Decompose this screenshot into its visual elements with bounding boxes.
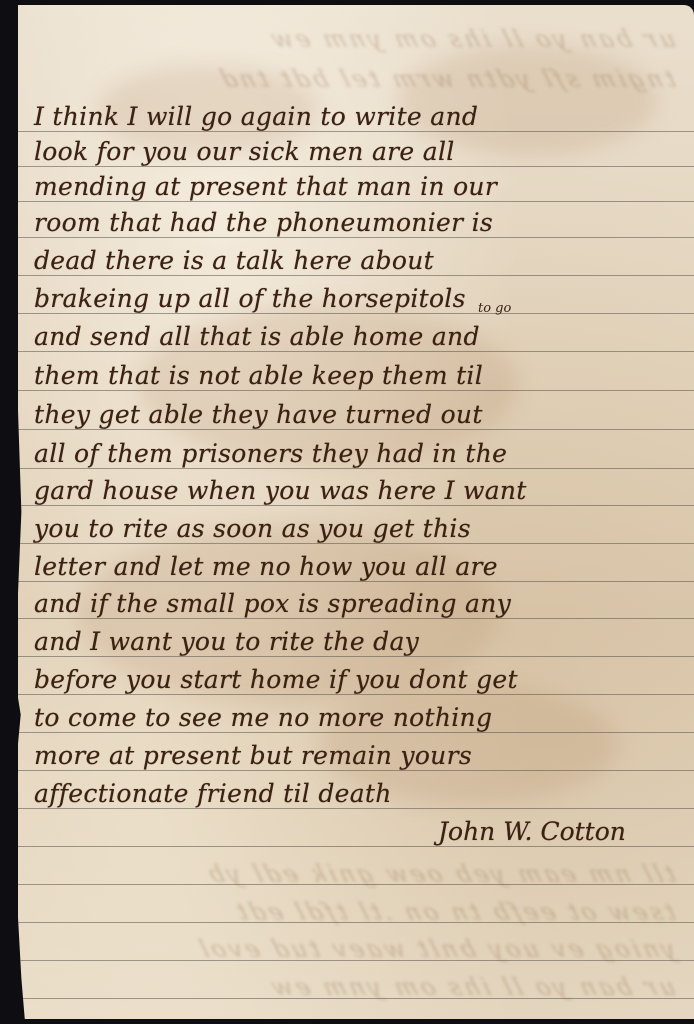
letter-line: brakeing up all of the horsepitols <box>34 284 466 313</box>
letter-line: gard house when you was here I want <box>34 476 527 505</box>
letter-line: affectionate friend til death <box>34 779 392 808</box>
ruled-line <box>18 429 694 430</box>
letter-line: mending at present that man in our <box>34 172 497 201</box>
ruled-line <box>18 131 694 132</box>
bleed-line: ur ban yo ll ihs om ynm ew <box>54 25 677 47</box>
ruled-line <box>18 998 694 999</box>
bleed-line: tsew ot eefb tn on .tl tfdl edt <box>54 898 677 920</box>
ruled-line <box>18 922 694 923</box>
letter-line: room that had the phoneumonier is <box>34 208 493 237</box>
ruled-line <box>18 618 694 619</box>
ruled-line <box>18 201 694 202</box>
letter-line: and I want you to rite the day <box>34 627 419 656</box>
ruled-line <box>18 468 694 469</box>
ruled-line <box>18 166 694 167</box>
ruled-line <box>18 960 694 961</box>
ruled-line <box>18 884 694 885</box>
letter-line: before you start home if you dont get <box>34 665 518 694</box>
ruled-line <box>18 581 694 582</box>
ruled-line <box>18 275 694 276</box>
letter-line: and if the small pox is spreading any <box>34 589 511 618</box>
letter-line: to come to see me no more nothing <box>34 703 492 732</box>
bleed-line: yniog ev uoy bnlt waev tud evol <box>54 935 677 957</box>
interlinear-insert: to go <box>478 301 511 316</box>
ruled-line <box>18 351 694 352</box>
ruled-line <box>18 505 694 506</box>
ruled-line <box>18 732 694 733</box>
ruled-line <box>18 846 694 847</box>
bleed-line: tll nm eam yeb oew gnik edl yb <box>54 860 677 882</box>
ruled-line <box>18 237 694 238</box>
letter-line: them that is not able keep them til <box>34 361 483 390</box>
letter-line: I think I will go again to write and <box>34 102 478 131</box>
ruled-line <box>18 808 694 809</box>
letter-line: look for you our sick men are all <box>34 137 455 166</box>
ruled-line <box>18 390 694 391</box>
bleed-line: ur ban yo ll ihs om ynm ew <box>54 973 677 995</box>
letter-line: all of them prisoners they had in the <box>34 439 507 468</box>
ruled-line <box>18 656 694 657</box>
ruled-line <box>18 543 694 544</box>
document-viewer: ur ban yo ll ihs om ynm ew tngim sfl ydt… <box>0 0 694 1024</box>
letter-page: ur ban yo ll ihs om ynm ew tngim sfl ydt… <box>18 5 694 1019</box>
letter-line: letter and let me no how you all are <box>34 552 498 581</box>
ruled-line <box>18 313 694 314</box>
signature: John W. Cotton <box>438 817 626 846</box>
letter-line: you to rite as soon as you get this <box>34 514 471 543</box>
letter-line: dead there is a talk here about <box>34 246 434 275</box>
letter-line: more at present but remain yours <box>34 741 472 770</box>
letter-line: they get able they have turned out <box>34 400 483 429</box>
ruled-line <box>18 694 694 695</box>
letter-line: and send all that is able home and <box>34 322 480 351</box>
ruled-line <box>18 770 694 771</box>
